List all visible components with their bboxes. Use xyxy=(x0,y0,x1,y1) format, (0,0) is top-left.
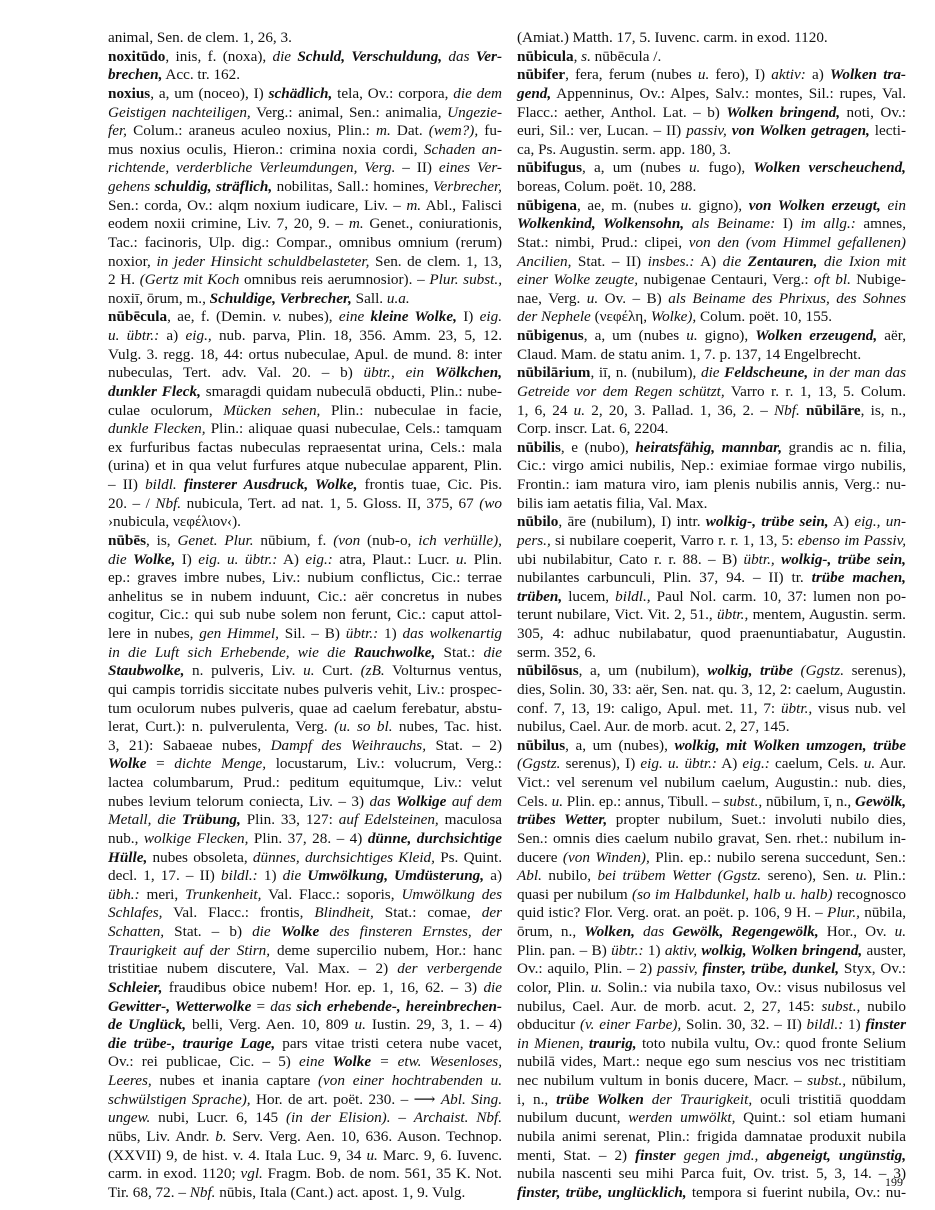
headword: nūbigena xyxy=(517,197,577,214)
text-segment: (Ggstz. xyxy=(793,662,844,679)
text-segment: übtr., xyxy=(781,700,812,717)
text-segment: Stat.: xyxy=(435,644,483,661)
text-line: u. übtr.: a) eig., nub. parva, Plin. 18,… xyxy=(108,327,502,346)
text-segment: Nbf. xyxy=(190,1184,216,1201)
text-line: ca, Ps. Augustin. serm. app. 180, 3. xyxy=(517,141,906,160)
text-segment: Sen. de clem. 1, 13, xyxy=(369,253,502,270)
text-segment: pers., xyxy=(517,532,551,549)
text-line: Flacc.: aether, Anthol. Lat. – b) Wolken… xyxy=(517,104,906,123)
text-segment: von den (vom Himmel gefallenen) xyxy=(689,234,906,251)
text-segment: Metall, die xyxy=(108,811,182,828)
text-line: noxitūdo, inis, f. (noxa), die Schuld, V… xyxy=(108,48,502,67)
text-line: nubeculas, Tert. adv. Val. 20. – b) übtr… xyxy=(108,364,502,383)
text-segment: , āre (nubilum), I) intr. xyxy=(558,513,705,530)
text-segment: ›nubicula, νεφέλιον‹). xyxy=(108,513,241,530)
text-segment: nubigenae Centauri, Verg.: xyxy=(638,271,814,288)
text-segment: nubi, Lucr. 6, 145 xyxy=(150,1109,286,1126)
headword: nūbilis xyxy=(517,439,561,456)
text-segment: als Beiname des Phrixus, des Sohnes xyxy=(668,290,906,307)
text-line: Tac.: facinoris, Ulp. dig.: Compar., omn… xyxy=(108,234,502,253)
text-segment: Paul Nol. carm. 10, 37: lumen non po- xyxy=(651,588,906,605)
text-segment: wolkig-, trübe sein, xyxy=(781,551,906,568)
text-segment: Plin. xyxy=(467,551,502,568)
text-segment: die xyxy=(283,867,308,884)
headword: nūbilārium xyxy=(517,364,590,381)
text-segment: lere in nubes, xyxy=(108,625,199,642)
text-line: – II) bildl. finsterer Ausdruck, Wolke, … xyxy=(108,476,502,495)
text-line: ›nubicula, νεφέλιον‹). xyxy=(108,513,502,532)
text-segment: dichte Menge, xyxy=(174,755,266,772)
text-segment: = xyxy=(147,755,175,772)
text-line: nubilum ducunt, werden umwölkt, Quint.: … xyxy=(517,1109,906,1128)
text-line: ōrum, n., Wolken, das Gewölk, Regengewöl… xyxy=(517,923,906,942)
text-segment: , a, um (nubilum), xyxy=(579,662,708,679)
text-line: dies, Solin. 30, 33: aër, Sen. nat. qu. … xyxy=(517,681,906,700)
text-segment: u. xyxy=(552,793,563,810)
text-segment: terunt nubilare, Vict. Vit. 2, 51., xyxy=(517,606,717,623)
text-segment: aër, xyxy=(877,327,906,344)
text-segment: eig. u. übtr.: xyxy=(640,755,717,772)
text-segment: Vulg. 3. regg. 18, 44: ortus nubeculae, … xyxy=(108,346,502,363)
text-segment: lucem, xyxy=(562,588,615,605)
text-segment: schuldig, sträflich, xyxy=(155,178,273,195)
text-segment: euri, Sil.: ver, Lucan. – II) xyxy=(517,122,686,139)
text-line: nūbilōsus, a, um (nubilum), wolkig, trüb… xyxy=(517,662,906,681)
text-line: eodem noxii crimine, Liv. 7, 20, 9. – m.… xyxy=(108,215,502,234)
text-line: Ov.: aquilo, Plin. – 2) passiv, finster,… xyxy=(517,960,906,979)
text-segment: Leeres, xyxy=(108,1072,152,1089)
text-segment: m. xyxy=(376,122,391,139)
text-line: i, n., trübe Wolken der Traurigkeit, ocu… xyxy=(517,1091,906,1110)
text-segment: Plur., xyxy=(827,904,860,921)
text-line: Plin. pan. – B) übtr.: 1) aktiv, wolkig,… xyxy=(517,942,906,961)
text-line: 305, 4: adhuc nubilabatur, quod praenunt… xyxy=(517,625,906,644)
text-segment: die xyxy=(483,979,502,996)
text-segment: der Nephele xyxy=(517,308,591,325)
text-segment: noti, Ov.: xyxy=(840,104,906,121)
headword: nūbifer xyxy=(517,66,565,83)
text-segment: aktiv, xyxy=(665,942,702,959)
text-segment: passiv, xyxy=(686,122,732,139)
text-segment: eig. xyxy=(480,308,502,325)
text-segment: u. übtr.: xyxy=(108,327,159,344)
text-segment: (von Winden), xyxy=(563,849,650,866)
text-line: (XXVII) 9, de hist. v. 4. Itala Luc. 9, … xyxy=(108,1147,502,1166)
text-segment: nubilus, Cael. Aur. de morb. acut. 2, 27… xyxy=(517,718,790,735)
text-segment: Nbf. xyxy=(774,402,800,419)
text-line: Schleier, fraudibus obice nubem! Hor. ep… xyxy=(108,979,502,998)
text-segment: richtende, verderbliche Verleumdungen, V… xyxy=(108,159,395,176)
text-line: richtende, verderbliche Verleumdungen, V… xyxy=(108,159,502,178)
text-segment: – II) xyxy=(395,159,438,176)
text-segment: A) xyxy=(277,551,305,568)
text-segment: trübe machen, xyxy=(812,569,906,586)
headword: nūbilus xyxy=(517,737,565,754)
text-segment: passiv, xyxy=(657,960,702,977)
text-segment: die xyxy=(252,923,281,940)
text-line: mus noxius oculis, Hieron.: crimina noxi… xyxy=(108,141,502,160)
text-segment: bildl.: xyxy=(221,867,258,884)
text-line: cogitur, Cic.: qui sub nube solem non fe… xyxy=(108,606,502,625)
text-line: nubilus, Cael. Aur. de morb. acut. 2, 27… xyxy=(517,718,906,737)
text-segment: Hülle, xyxy=(108,849,147,866)
text-segment: quid istic? Flor. Verg. orat. an poët. p… xyxy=(517,904,827,921)
text-line: menti, Stat. – 2) finster gegen jmd., ab… xyxy=(517,1147,906,1166)
text-segment: I) xyxy=(175,551,198,568)
text-line: ubi nubilabitur, Cato r. r. 88. – B) übt… xyxy=(517,551,906,570)
text-segment: u. xyxy=(686,327,697,344)
text-line: schwülstigen Sprache), Hor. de art. poët… xyxy=(108,1091,502,1110)
text-line: nubes levium telorum coniecta, Liv. – 3)… xyxy=(108,793,502,812)
text-segment: Umwölkung des xyxy=(401,886,502,903)
text-segment: Stat. – b) xyxy=(164,923,252,940)
text-segment: Schuldige, Verbrecher, xyxy=(210,290,352,307)
text-segment: die xyxy=(701,364,724,381)
text-segment: nubes, Tac. hist. xyxy=(393,718,503,735)
text-segment: finster xyxy=(635,1147,676,1164)
text-segment: menti, Stat. – 2) xyxy=(517,1147,635,1164)
text-segment: oculi tristitiā quoddam xyxy=(752,1091,906,1108)
text-segment: Nbf. xyxy=(155,495,181,512)
text-segment: Vict.: vel serenum vel nubilum caelum, A… xyxy=(517,774,906,791)
text-segment: A) xyxy=(717,755,742,772)
text-segment: Ps. Quint. xyxy=(435,849,502,866)
text-segment: (von xyxy=(333,532,360,549)
text-segment: tum oculorum nubes pulveris, quae ad cae… xyxy=(108,700,502,717)
text-segment: bildl. xyxy=(145,476,184,493)
text-line: conf. 7, 13, 19: caligo, Apul. met. 11, … xyxy=(517,700,906,719)
text-segment: nobilitas, Sall.: homines, xyxy=(272,178,433,195)
text-segment: tristitiae nubem discutere, Val. Max. – … xyxy=(108,960,397,977)
text-segment: sich erhebende-, hereinbrechen- xyxy=(296,998,502,1015)
text-segment: u.a. xyxy=(387,290,410,307)
text-segment: Stat. – 2) xyxy=(426,737,502,754)
text-line: decl. 1, 17. – II) bildl.: 1) die Umwölk… xyxy=(108,867,502,886)
text-line: de Unglück, belli, Verg. Aen. 10, 809 u.… xyxy=(108,1016,502,1035)
text-segment: dünnes, durchsichtiges Kleid, xyxy=(253,849,435,866)
text-line: anhelitus se in nubem induunt, Cic.: aër… xyxy=(108,588,502,607)
text-segment: , a, um (nubes xyxy=(584,327,687,344)
text-line: tristitiae nubem discutere, Val. Max. – … xyxy=(108,960,502,979)
text-segment: Staubwolke, xyxy=(108,662,184,679)
text-segment: Marc. 9, 6. Iuvenc. xyxy=(378,1147,502,1164)
text-line: Vict.: vel serenum vel nubilum caelum, A… xyxy=(517,774,906,793)
text-segment: , inis, f. (noxa), xyxy=(165,48,272,65)
text-segment: das xyxy=(635,923,672,940)
text-line: boreas, Colum. poët. 10, 288. xyxy=(517,178,906,197)
text-line: ex furfuribus factas nubeculas repraesen… xyxy=(108,439,502,458)
text-segment: i, n., xyxy=(517,1091,556,1108)
text-segment: Blindheit, xyxy=(314,904,373,921)
text-segment: Plin. ep.: annus, Tibull. – xyxy=(563,793,723,810)
text-segment: Dampf des Weihrauchs, xyxy=(271,737,426,754)
text-line: lere in nubes, gen Himmel, Sil. – B) übt… xyxy=(108,625,502,644)
text-segment: fu- xyxy=(478,122,502,139)
text-segment: Schuld, Verschuldung, xyxy=(297,48,442,65)
text-line: Gewitter-, Wetterwolke = das sich erhebe… xyxy=(108,998,502,1017)
text-line: Hülle, nubes obsoleta, dünnes, durchsich… xyxy=(108,849,502,868)
text-segment: auf dem xyxy=(446,793,502,810)
text-segment: gehens xyxy=(108,178,155,195)
text-segment: m. xyxy=(349,215,364,232)
text-segment: dünne, durchsichtige xyxy=(368,830,502,847)
text-line: nūbilus, a, um (nubes), wolkig, mit Wolk… xyxy=(517,737,906,756)
text-segment: lerat, Curt.): n. pulverulenta, Verg. xyxy=(108,718,334,735)
text-segment: schädlich, xyxy=(269,85,333,102)
text-segment: das xyxy=(270,998,296,1015)
text-segment: die xyxy=(272,48,297,65)
text-segment: (von einer hochtrabenden u. xyxy=(318,1072,502,1089)
text-segment: Schaden an- xyxy=(424,141,502,158)
text-segment: de Unglück, xyxy=(108,1016,186,1033)
text-segment: übtr.: xyxy=(611,942,644,959)
text-segment: Geistigen nachteiligen, xyxy=(108,104,251,121)
text-segment: 2 H. xyxy=(108,271,140,288)
text-segment: Serv. Verg. Aen. 10, 636. Auson. Technop… xyxy=(227,1128,502,1145)
text-segment: , ae, f. (Demin. xyxy=(167,308,272,325)
text-segment: Tac.: facinoris, Ulp. dig.: Compar., omn… xyxy=(108,234,502,251)
text-segment: grandis ac n. filia, xyxy=(782,439,906,456)
text-line: (Amiat.) Matth. 17, 5. Iuvenc. carm. in … xyxy=(517,29,906,48)
text-segment: die dem xyxy=(453,85,502,102)
text-segment: nae, Verg. xyxy=(517,290,587,307)
text-line: Cels. u. Plin. ep.: annus, Tibull. – sub… xyxy=(517,793,906,812)
text-segment: Abl. xyxy=(517,867,542,884)
text-segment: u. xyxy=(591,979,602,996)
text-segment: das wolkenartig xyxy=(403,625,502,642)
text-segment: Appenninus, Ov.: Alpes, Salv.: montes, S… xyxy=(551,85,906,102)
text-line: 2 H. (Gertz mit Koch omnibus reis aerumn… xyxy=(108,271,502,290)
text-segment: nubes), xyxy=(282,308,339,325)
text-segment: Solin.: via nubila taxo, Ov.: visus nubi… xyxy=(602,979,906,996)
text-segment: 3, 21): Sabaeae nubes, xyxy=(108,737,271,754)
text-segment: quasi per nubilum xyxy=(517,886,632,903)
text-segment: (wo xyxy=(479,495,502,512)
text-segment: n. pulveris, Liv. xyxy=(184,662,303,679)
text-segment: gigno), xyxy=(698,327,756,344)
text-segment: Sall. xyxy=(352,290,387,307)
text-segment: m. xyxy=(406,197,421,214)
text-segment: Val. Flacc.: frontis, xyxy=(162,904,314,921)
text-segment: A) xyxy=(694,253,722,270)
text-line: Leeres, nubes et inania captare (von ein… xyxy=(108,1072,502,1091)
text-segment: Plin.: nubeculae in facie, xyxy=(320,402,502,419)
text-segment: heiratsfähig, mannbar, xyxy=(635,439,782,456)
text-segment: eig.: xyxy=(305,551,332,568)
text-segment: dies, Solin. 30, 33: aër, Sen. nat. qu. … xyxy=(517,681,906,698)
text-segment: Ver- xyxy=(476,48,502,65)
text-segment: belli, Verg. Aen. 10, 809 xyxy=(186,1016,354,1033)
text-segment: Fragm. Bob. de nom. 561, 35 K. Not. xyxy=(263,1165,502,1182)
text-segment: wolkig, Wolken bringend, xyxy=(701,942,862,959)
text-segment: Schleier, xyxy=(108,979,162,996)
text-segment: Hor., Ov. xyxy=(819,923,895,940)
text-segment: die xyxy=(108,551,133,568)
text-segment: mentem, Augustin. serm. xyxy=(748,606,906,623)
text-segment: (u. so bl. xyxy=(334,718,392,735)
text-segment: gen Himmel, xyxy=(199,625,279,642)
text-segment: , e (nubo), xyxy=(561,439,635,456)
text-line: serm. 352, 6. xyxy=(517,644,906,663)
text-segment: nūbilum, ī, n., xyxy=(762,793,855,810)
text-segment: (νεφέλη, xyxy=(591,308,651,325)
text-segment: nūbilum, xyxy=(846,1072,906,1089)
text-segment: Wolken, xyxy=(584,923,635,940)
text-segment: finsterer Ausdruck, Wolke, xyxy=(184,476,358,493)
text-segment: ep.: graves imbre nubes, Liv.: nubium co… xyxy=(108,569,502,586)
text-line: nūbilārium, iī, n. (nubilum), die Feldsc… xyxy=(517,364,906,383)
text-segment: v. xyxy=(273,308,282,325)
text-segment: A) xyxy=(829,513,855,530)
text-segment: Schatten, xyxy=(108,923,164,940)
text-line: Vulg. 3. regg. 18, 44: ortus nubeculae, … xyxy=(108,346,502,365)
text-line: quid istic? Flor. Verg. orat. an poët. p… xyxy=(517,904,906,923)
text-segment: noxior, xyxy=(108,253,156,270)
text-line: in die Luft sich Erhebende, wie die Rauc… xyxy=(108,644,502,663)
text-segment: Feldscheune, xyxy=(724,364,808,381)
text-segment: Sil. – B) xyxy=(279,625,346,642)
text-segment: Gewitter-, Wetterwolke xyxy=(108,998,251,1015)
text-segment: Aur. xyxy=(875,755,906,772)
text-segment: als Beiname: xyxy=(684,215,775,232)
text-segment: Gewölk, xyxy=(855,793,906,810)
text-segment: u. xyxy=(574,402,585,419)
text-segment: kleine Wolke, xyxy=(371,308,457,325)
text-line: ungew. nubi, Lucr. 6, 145 (in der Elisio… xyxy=(108,1109,502,1128)
text-line: noxiī, ōrum, m., Schuldige, Verbrecher, … xyxy=(108,290,502,309)
text-segment: 305, 4: adhuc nubilabatur, quod praenunt… xyxy=(517,625,906,642)
text-segment: ducere xyxy=(517,849,563,866)
text-segment: nubilā vides, Mart.: neque ego sum nesci… xyxy=(517,1053,906,1070)
text-segment: si nubilare coeperit, Varro r. r. 1, 13,… xyxy=(551,532,798,549)
text-line: 1, 6, 24 u. 2, 20, 3. Pallad. 1, 36, 2. … xyxy=(517,402,906,421)
text-segment: eig., xyxy=(186,327,212,344)
text-segment: insbes.: xyxy=(648,253,695,270)
text-line: euri, Sil.: ver, Lucan. – II) passiv, vo… xyxy=(517,122,906,141)
text-segment: Schlafes, xyxy=(108,904,162,921)
text-segment: Archaist. Nbf. xyxy=(414,1109,502,1126)
text-line: nūbilo, āre (nubilum), I) intr. wolkig-,… xyxy=(517,513,906,532)
text-segment: (in der Elision). xyxy=(286,1109,391,1126)
text-segment: serm. 352, 6. xyxy=(517,644,596,661)
text-segment: nub. parva, Plin. 18, 356. Amm. 23, 5, 1… xyxy=(212,327,502,344)
text-segment: Gewölk, Regengewölk, xyxy=(672,923,818,940)
text-segment: nubilus, Cael. Aur. de morb. acut. 2, 27… xyxy=(517,998,821,1015)
text-segment: Val. Flacc.: soporis, xyxy=(261,886,401,903)
text-segment: Umwölkung, Umdüsterung, xyxy=(307,867,484,884)
text-segment: (Amiat.) Matth. 17, 5. Iuvenc. carm. in … xyxy=(517,29,828,46)
text-segment: , is, xyxy=(146,532,177,549)
text-line: Wolkenkind, Wolkensohn, als Beiname: I) … xyxy=(517,215,906,234)
text-segment: lactea columbarum, Prud.: peditum equitu… xyxy=(108,774,502,791)
text-segment: Varro r. r. 1, 13, 5. Colum. xyxy=(725,383,906,400)
text-line: terunt nubilare, Vict. Vit. 2, 51., übtr… xyxy=(517,606,906,625)
text-segment: b. xyxy=(215,1128,226,1145)
text-segment: pars vitae tristi cetera nube vacet, xyxy=(275,1035,502,1052)
text-segment: qui campis torridis siccitate nubes pulv… xyxy=(108,681,502,698)
text-line: brechen, Acc. tr. 162. xyxy=(108,66,502,85)
text-segment: nec nubilum vultum in bonis ducere, Macr… xyxy=(517,1072,807,1089)
text-segment: nūbium, f. xyxy=(254,532,334,549)
text-segment: Ov. – B) xyxy=(598,290,668,307)
text-line: gehens schuldig, sträflich, nobilitas, S… xyxy=(108,178,502,197)
text-segment: Curt. xyxy=(314,662,360,679)
text-segment: maculosa xyxy=(439,811,502,828)
text-segment: Traurigkeit auf der Stirn, xyxy=(108,942,270,959)
text-segment: Stat.: nimbi, Prud.: clipei, xyxy=(517,234,689,251)
text-line: nūbicula, s. nūbēcula /. xyxy=(517,48,906,67)
text-segment: Verbrecher, xyxy=(433,178,502,195)
text-segment: Plin. pan. – B) xyxy=(517,942,611,959)
text-line: trüben, lucem, bildl., Paul Nol. carm. 1… xyxy=(517,588,906,607)
text-segment: nubes et inania captare xyxy=(152,1072,318,1089)
text-line: gend, Appenninus, Ov.: Alpes, Salv.: mon… xyxy=(517,85,906,104)
text-line: culae oculorum, Mücken sehen, Plin.: nub… xyxy=(108,402,502,421)
text-segment: sereno), Sen. xyxy=(761,867,856,884)
text-line: nub., wolkige Flecken, Plin. 37, 28. – 4… xyxy=(108,830,502,849)
headword: nūbēs xyxy=(108,532,146,549)
text-segment: amnes, xyxy=(856,215,906,232)
text-segment: eig. u. übtr.: xyxy=(198,551,277,568)
text-segment: der verbergende xyxy=(397,960,502,977)
text-line: trübes Wetter, propter nubilum, Suet.: i… xyxy=(517,811,906,830)
text-segment: Ungezie- xyxy=(447,104,502,121)
headword: nūbilo xyxy=(517,513,558,530)
text-segment: Wolken bringend, xyxy=(726,104,840,121)
text-segment: ein xyxy=(881,197,906,214)
text-segment: aktiv: xyxy=(771,66,806,83)
text-segment: übtr., xyxy=(743,551,781,568)
text-segment: wolkige Flecken, xyxy=(144,830,249,847)
text-segment: ca, Ps. Augustin. serm. app. 180, 3. xyxy=(517,141,731,158)
text-segment: Quint.: sol etiam humani xyxy=(735,1109,906,1126)
text-segment: Abl., Falisci xyxy=(421,197,502,214)
text-segment: trüben, xyxy=(517,588,562,605)
text-segment: Sen.: corda, Ov.: alqm noxium iudicare, … xyxy=(108,197,406,214)
text-segment: trübe Wolken xyxy=(556,1091,644,1108)
text-segment: Cic.: virgo amici nubilis, Nep.: eximiae… xyxy=(517,457,906,474)
text-segment: Rauchwolke, xyxy=(354,644,435,661)
text-segment: smaragdi quidam nubeculā obducti, Plin.:… xyxy=(201,383,502,400)
text-line: Cic.: virgo amici nubilis, Nep.: eximiae… xyxy=(517,457,906,476)
text-line: der Nephele (νεφέλη, Wolke), Colum. poët… xyxy=(517,308,906,327)
text-line: Abl. nubilo, bei trübem Wetter (Ggstz. s… xyxy=(517,867,906,886)
text-segment: 1) xyxy=(378,625,402,642)
text-segment: nubilo, xyxy=(542,867,598,884)
text-segment: Acc. tr. 162. xyxy=(162,66,240,83)
text-segment: auster, xyxy=(862,942,906,959)
text-segment: Wolke), xyxy=(651,308,696,325)
text-line: ducere (von Winden), Plin. ep.: nubilo s… xyxy=(517,849,906,868)
text-segment: , a, um (nubes), xyxy=(565,737,674,754)
text-segment: color, Plin. xyxy=(517,979,591,996)
text-segment: Plur. subst., xyxy=(429,271,502,288)
text-line: Geistigen nachteiligen, Verg.: animal, S… xyxy=(108,104,502,123)
text-segment: – II) xyxy=(108,476,145,493)
text-segment: im allg.: xyxy=(801,215,856,232)
text-segment: Getreide vor dem Regen schützt, xyxy=(517,383,725,400)
text-segment: Trunkenheit, xyxy=(185,886,261,903)
text-segment: einer Wolke zeugte, xyxy=(517,271,638,288)
text-line: noxius, a, um (noceo), I) schädlich, tel… xyxy=(108,85,502,104)
text-segment: in der man das xyxy=(808,364,906,381)
text-segment: Plin. 33, 127: xyxy=(241,811,339,828)
text-segment: gend, xyxy=(517,85,551,102)
text-segment: Tir. 68, 72. – xyxy=(108,1184,190,1201)
headword: nūbigenus xyxy=(517,327,584,344)
text-segment: Trübung, xyxy=(182,811,241,828)
text-line: finster, trübe, unglücklich, tempora si … xyxy=(517,1184,906,1203)
